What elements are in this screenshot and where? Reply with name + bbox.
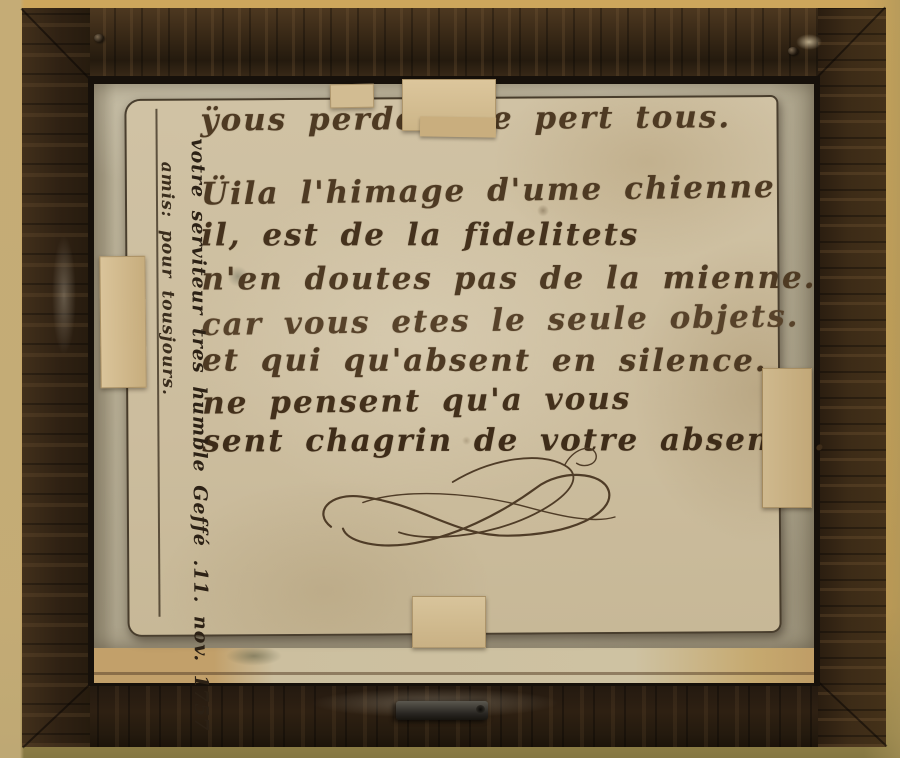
tape-strip xyxy=(762,368,812,508)
vertical-inscription-line: amis: pour tousjours. xyxy=(151,162,180,592)
signature-flourish xyxy=(302,439,633,561)
tape-strip xyxy=(412,596,486,648)
inscription-line: et qui qu'absent en silence. xyxy=(202,341,768,381)
vertical-inscription-line: votre serviteur tres humble Geffé .11. n… xyxy=(179,138,212,608)
inscription-line: Üila l'himage d'ume chienne xyxy=(201,167,776,215)
inscription-line: il, est de la fidelitets xyxy=(201,215,639,255)
inscription-line: ne pensent qu'a vous xyxy=(202,379,632,424)
tape-strip xyxy=(99,256,146,388)
frame-left-rail xyxy=(22,8,90,747)
bracket-nail-hole xyxy=(476,705,485,714)
inscription-paper: Üila l'himage d'ume chienne il, est de l… xyxy=(124,95,781,637)
frame-top-rail xyxy=(22,8,886,78)
paint-chip xyxy=(796,34,822,50)
frame-nail xyxy=(788,47,798,55)
frame-nail xyxy=(94,34,104,42)
tape-strip xyxy=(420,116,496,137)
frame-scuff-mark xyxy=(52,235,76,355)
frame-right-rail xyxy=(818,8,886,747)
inscription-line: car vous etes le seule objets. xyxy=(201,296,799,345)
tape-strip xyxy=(330,84,374,109)
metal-hanging-bracket xyxy=(396,701,488,720)
inscription-line: n'en doutes pas de la mienne. xyxy=(201,258,816,300)
